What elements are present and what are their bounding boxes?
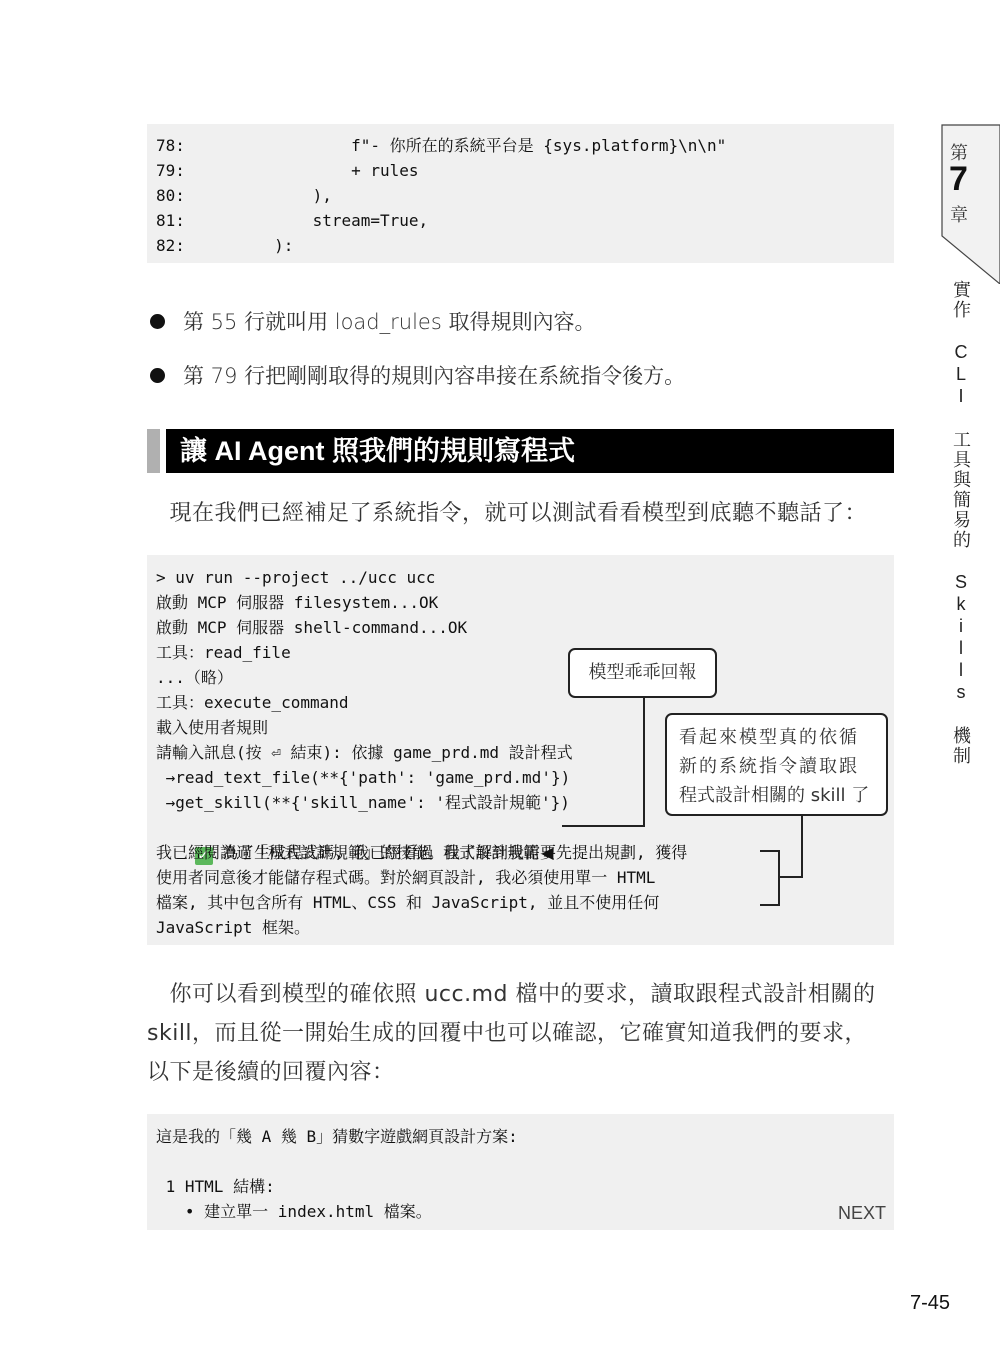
terminal-line: 工具：execute_command [156, 690, 349, 715]
connector-line [801, 816, 803, 877]
bullet-dot-icon [150, 314, 165, 329]
terminal-line: 載入使用者規則 [156, 715, 268, 740]
paragraph-line: 以下是後續的回覆內容： [147, 1053, 897, 1092]
response-output-block: 這是我的「幾 A 幾 B」猜數字遊戲網頁設計方案: 1 HTML 結構: • 建… [147, 1114, 894, 1230]
terminal-line: > uv run --project ../ucc ucc [156, 565, 435, 590]
terminal-line: →get_skill(**{'skill_name': '程式設計規範'}) [156, 790, 570, 815]
chapter-number: 7 [949, 160, 968, 199]
callout-text: 看起來模型真的依循 [679, 723, 874, 752]
code-text: stream=True, [197, 208, 428, 233]
terminal-line: ...（略） [156, 665, 233, 690]
code-text: ): [197, 233, 293, 258]
code-text: + rules [197, 158, 419, 183]
callout-model-followed: 看起來模型真的依循 新的系統指令讀取跟 程式設計相關的 skill 了 [665, 713, 888, 816]
line-number: 80: [156, 183, 185, 208]
terminal-line: 啟動 MCP 伺服器 shell-command...OK [156, 615, 467, 640]
connector-line [562, 825, 645, 827]
line-number: 78: [156, 133, 185, 158]
callout-text: 新的系統指令讀取跟 [679, 752, 874, 781]
code-text: ), [197, 183, 332, 208]
paragraph-line: skill，而且從一開始生成的回覆中也可以確認，它確實知道我們的要求， [147, 1014, 897, 1053]
callout-text: 程式設計相關的 skill 了 [679, 781, 874, 810]
terminal-line: 我已經閱讀過「程式設計規範」的技能。我了解到我需要先提出規劃, 獲得 [156, 840, 687, 865]
terminal-line: 檔案, 其中包含所有 HTML、CSS 和 JavaScript, 並且不使用任… [156, 890, 659, 915]
chapter-suffix: 章 [950, 201, 968, 227]
bullet-dot-icon [150, 368, 165, 383]
terminal-line: 啟動 MCP 伺服器 filesystem...OK [156, 590, 438, 615]
code-block-python: 78: f"- 你所在的系統平台是 {sys.platform}\n\n" 79… [147, 124, 894, 263]
response-line: 這是我的「幾 A 幾 B」猜數字遊戲網頁設計方案: [156, 1124, 518, 1149]
chapter-title: 實作 CLI 工具與簡易的 Skills 機制 [944, 280, 974, 766]
section-heading: 讓 AI Agent 照我們的規則寫程式 [166, 429, 894, 473]
terminal-line: JavaScript 框架。 [156, 915, 310, 940]
page-number: 7-45 [910, 1292, 950, 1315]
connector-line [778, 876, 803, 878]
paragraph-line: 你可以看到模型的確依照 ucc.md 檔中的要求，讀取跟程式設計相關的 [147, 975, 897, 1014]
terminal-line: 請輸入訊息(按 ⏎ 結束): 依據 game_prd.md 設計程式 [156, 740, 573, 765]
terminal-line: →read_text_file(**{'path': 'game_prd.md'… [156, 765, 570, 790]
bullet-text: 第 79 行把剛剛取得的規則內容串接在系統指令後方。 [183, 360, 685, 390]
line-number: 81: [156, 208, 185, 233]
bullet-text: 第 55 行就叫用 load_rules 取得規則內容。 [183, 306, 595, 336]
code-text: f"- 你所在的系統平台是 {sys.platform}\n\n" [197, 133, 726, 158]
next-page-indicator: NEXT [838, 1203, 886, 1224]
heading-accent-bar [147, 429, 160, 473]
terminal-line: 使用者同意後才能儲存程式碼。對於網頁設計, 我必須使用單一 HTML [156, 865, 655, 890]
bracket-line [778, 850, 780, 905]
response-line: • 建立單一 index.html 檔案。 [156, 1199, 432, 1224]
intro-paragraph: 現在我們已經補足了系統指令，就可以測試看看模型到底聽不聽話了： [147, 494, 897, 533]
followup-paragraph: 你可以看到模型的確依照 ucc.md 檔中的要求，讀取跟程式設計相關的 skil… [147, 975, 897, 1092]
bracket-line [760, 904, 780, 906]
callout-text: 模型乖乖回報 [589, 662, 697, 683]
line-number: 82: [156, 233, 185, 258]
callout-model-reported: 模型乖乖回報 [568, 648, 717, 698]
line-number: 79: [156, 158, 185, 183]
response-line: 1 HTML 結構: [156, 1174, 275, 1199]
bracket-line [760, 850, 780, 852]
terminal-line: 工具：read_file [156, 640, 291, 665]
connector-line [643, 698, 645, 826]
